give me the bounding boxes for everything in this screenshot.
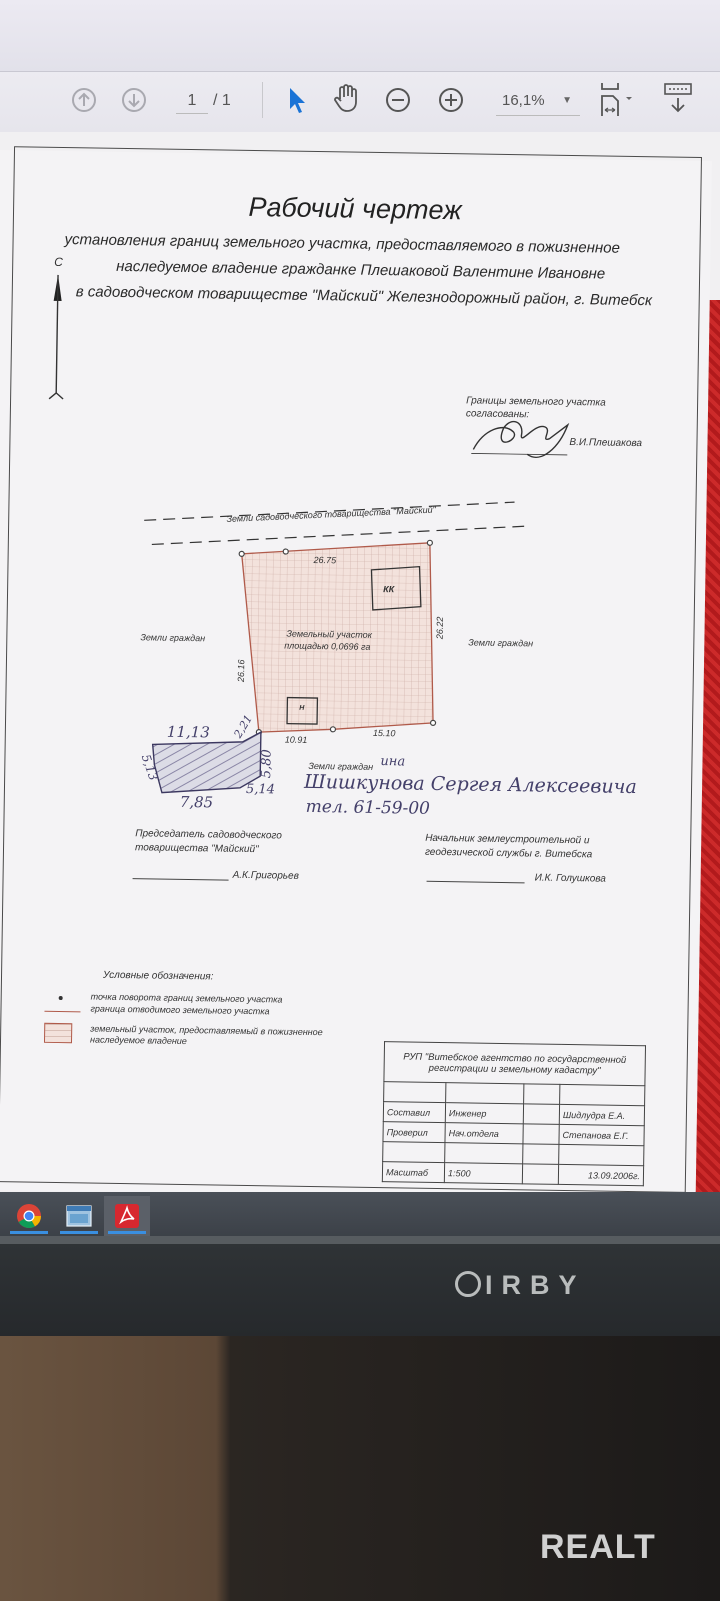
building-n-label: Н <box>299 705 304 712</box>
keyboard-download-icon <box>661 81 695 115</box>
building-kk-label: КК <box>383 584 394 594</box>
power-logo-icon <box>455 1271 481 1297</box>
right-land-label: Земли граждан <box>468 637 533 648</box>
chrome-icon <box>16 1203 42 1229</box>
title-block: РУП "Витебское агентство по государствен… <box>382 1041 646 1186</box>
acrobat-icon <box>114 1203 140 1229</box>
realt-watermark: REALT <box>540 1528 656 1567</box>
legend-title: Условные обозначения: <box>103 970 214 983</box>
zoom-level-value: 16,1% <box>502 92 545 109</box>
chairman-title-1: Председатель садоводческого <box>135 828 282 841</box>
page-fit-button[interactable] <box>596 80 640 118</box>
parcel-label-2: площадью 0,0696 га <box>284 641 370 652</box>
monitor-bezel <box>0 1236 720 1336</box>
previous-page-button[interactable] <box>68 84 100 116</box>
zoom-out-button[interactable] <box>382 84 414 116</box>
next-page-button[interactable] <box>118 84 150 116</box>
parcel-label-1: Земельный участок <box>286 629 372 640</box>
hw-note-suffix: ина <box>380 754 405 769</box>
legend-item-4: наследуемое владение <box>90 1035 187 1047</box>
side-top-length: 26.75 <box>314 555 337 565</box>
legend-parcel-icon <box>44 1023 72 1043</box>
pdf-page: Рабочий чертеж установления границ земел… <box>0 150 712 1201</box>
side-right-length: 26.22 <box>435 617 445 640</box>
hw-length-4: 7,85 <box>180 793 214 812</box>
total-pages-label: / 1 <box>213 88 231 114</box>
stamp-row-scale: Масштаб1:500 13.09.2006г. <box>382 1162 643 1186</box>
plus-circle-icon <box>437 86 465 114</box>
cursor-arrow-icon <box>284 85 308 115</box>
taskbar-chrome[interactable] <box>6 1196 52 1236</box>
side-bottom-right-length: 15.10 <box>373 728 396 738</box>
monitor-brand-logo: IRBY <box>455 1270 586 1301</box>
hand-icon <box>331 82 361 114</box>
north-arrow-icon <box>49 275 65 399</box>
select-tool-button[interactable] <box>280 84 312 116</box>
zoom-in-button[interactable] <box>435 84 467 116</box>
folder-window-icon <box>66 1205 92 1227</box>
chairman-title-2: товарищества "Майский" <box>135 842 259 855</box>
side-bottom-left-length: 10.91 <box>285 735 308 745</box>
current-page-input[interactable]: 1 <box>176 88 208 114</box>
minus-circle-icon <box>384 86 412 114</box>
legend-point-icon <box>59 996 63 1000</box>
hand-tool-button[interactable] <box>330 82 362 114</box>
hw-phone: тел. 61-59-00 <box>306 797 431 819</box>
download-button[interactable] <box>660 80 696 116</box>
hw-length-1: 11,13 <box>167 723 210 742</box>
hw-length-6: 5,80 <box>259 749 274 778</box>
toolbar-divider <box>262 82 263 118</box>
taskbar-explorer[interactable] <box>56 1196 102 1236</box>
taskbar-acrobat[interactable] <box>104 1196 150 1236</box>
window-top-area <box>0 0 720 72</box>
arrow-down-circle-icon <box>120 86 148 114</box>
stamp-org: РУП "Витебское агентство по государствен… <box>384 1042 646 1086</box>
zoom-level-select[interactable]: 16,1% ▼ <box>496 88 580 116</box>
chairman-name: А.К.Григорьев <box>233 870 299 882</box>
caret-down-icon: ▼ <box>562 88 572 114</box>
side-left-length: 26.16 <box>236 660 246 683</box>
left-land-label: Земли граждан <box>140 632 205 643</box>
fit-width-icon <box>598 80 638 118</box>
head-name: И.К. Голушкова <box>535 872 606 884</box>
approval-signature <box>473 421 568 458</box>
arrow-up-circle-icon <box>70 86 98 114</box>
hw-length-5: 5,14 <box>246 782 275 797</box>
